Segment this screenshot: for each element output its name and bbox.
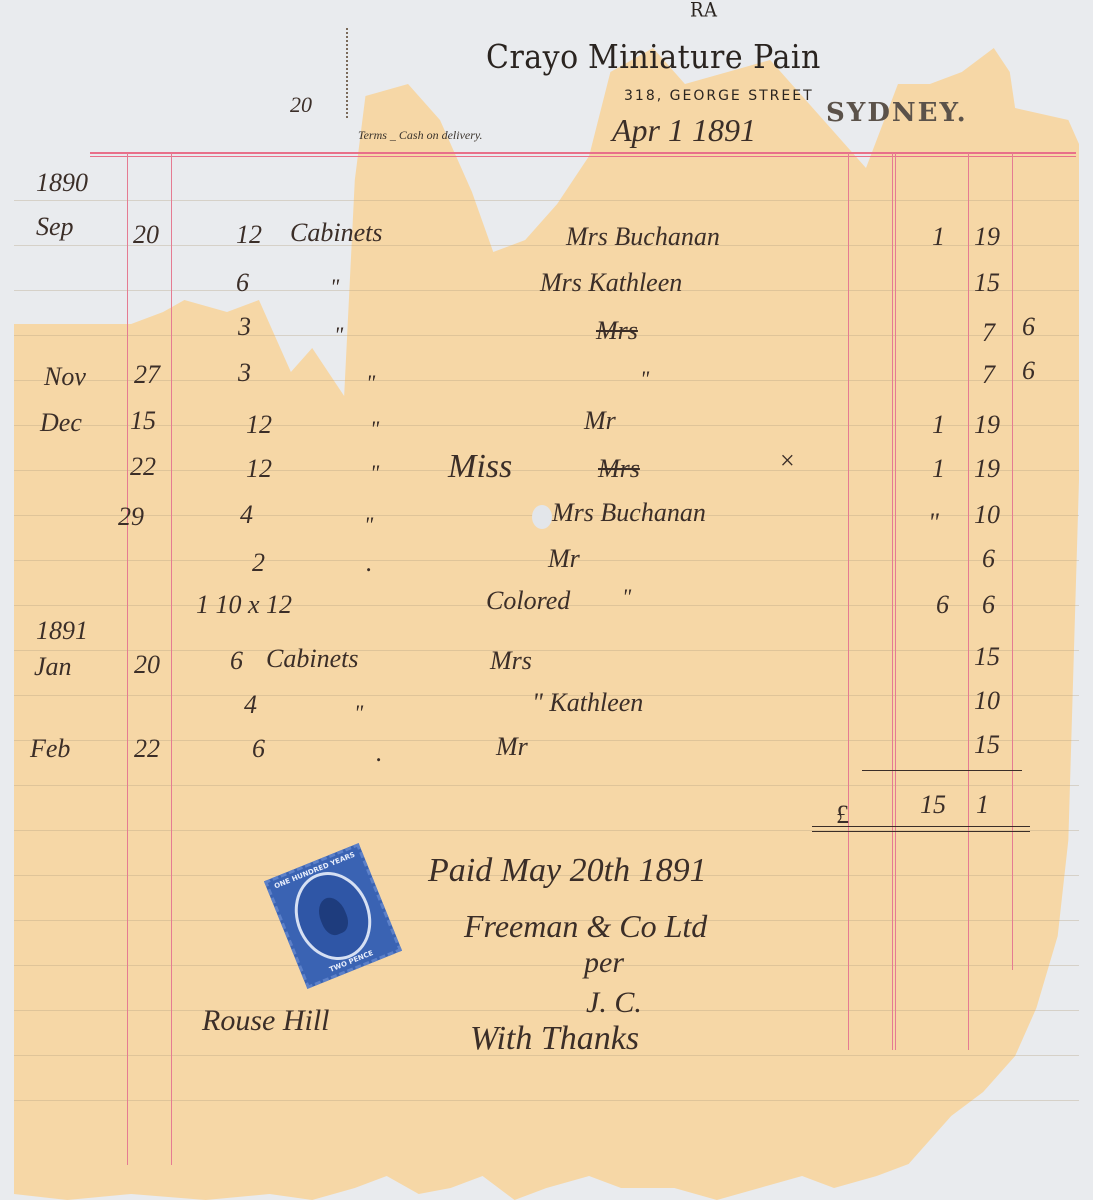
ledger-customer: " (622, 584, 631, 610)
letterhead-title-left: Crayo (486, 38, 579, 77)
ledger-shillings: 7 (982, 360, 995, 390)
ledger-pence: 6 (982, 590, 995, 620)
header-double-rule-2 (90, 156, 1076, 157)
ledger-day: 20 (134, 650, 160, 680)
ledger-shillings: 6 (982, 544, 995, 574)
ledger-month: Sep (36, 212, 74, 242)
ledger-qty: 3 (238, 358, 251, 388)
ledger-day: 15 (130, 406, 156, 436)
header-double-rule (90, 152, 1076, 154)
ledger-day: 20 (133, 220, 159, 250)
margin-note: 20 (290, 92, 312, 118)
ledger-month: Jan (34, 652, 72, 682)
ledger-shillings: 7 (982, 318, 995, 348)
ledger-item: Colored (486, 586, 570, 616)
ledger-qty: 6 (236, 268, 249, 298)
payment-terms: Terms _ Cash on delivery. (358, 128, 483, 143)
total-shillings: 1 (976, 790, 989, 820)
ledger-shillings: 10 (974, 500, 1000, 530)
ledger-shillings: 15 (974, 642, 1000, 672)
ledger-item: . (376, 738, 383, 768)
receipt-per: per (584, 946, 624, 980)
ledger-item: . (366, 548, 373, 578)
ledger-pounds: " (928, 508, 939, 538)
ledger-qty: 3 (238, 312, 251, 342)
ledger-day: 22 (130, 452, 156, 482)
perforation-line (346, 28, 348, 118)
ledger-customer-struck: Mrs (596, 316, 638, 346)
ledger-qty: 12 (246, 410, 272, 440)
letterhead-fragment: RA (690, 0, 718, 22)
ledger-item: " (366, 370, 375, 396)
ledger-customer: Mr (496, 732, 528, 762)
ledger-customer: Mr (584, 406, 616, 436)
letterhead-city: SYDNEY. (826, 98, 968, 128)
receipt-initials: J. C. (586, 986, 642, 1020)
receipt-thanks: With Thanks (470, 1020, 639, 1058)
pounds-column-rule-left (848, 153, 849, 1050)
receipt-company: Freeman & Co Ltd (464, 908, 707, 945)
ledger-qty: 4 (244, 690, 257, 720)
ledger-item: Cabinets (266, 644, 358, 674)
ledger-customer: Mrs (490, 646, 532, 676)
ledger-shillings: 6 (936, 590, 949, 620)
ledger-pounds: 1 (932, 454, 945, 484)
emu-icon (314, 894, 352, 939)
ledger-day: 29 (118, 502, 144, 532)
ledger-item: Cabinets (290, 218, 382, 248)
ledger-month: Feb (30, 734, 70, 764)
ledger-customer: Mrs Kathleen (540, 268, 682, 298)
ledger-customer: " Kathleen (532, 688, 643, 718)
ledger-qty: 6 (252, 734, 265, 764)
ledger-month: Dec (40, 408, 82, 438)
ledger-shillings: 15 (974, 268, 1000, 298)
ledger-item: " (334, 322, 343, 348)
ledger-customer: Mr (548, 544, 580, 574)
month-column-rule (127, 153, 128, 1165)
ledger-qty: 2 (252, 548, 265, 578)
ledger-item: " (364, 512, 373, 538)
ledger-item: " (330, 274, 339, 300)
paper-hole (532, 505, 552, 529)
ledger-pence: 6 (1022, 356, 1035, 386)
ledger-day: 27 (134, 360, 160, 390)
ledger-qty: 12 (236, 220, 262, 250)
ledger-qty: 4 (240, 500, 253, 530)
invoice-date: Apr 1 1891 (612, 112, 756, 149)
ledger-pounds: 1 (932, 222, 945, 252)
ledger-year: 1891 (36, 616, 88, 646)
letterhead-title-right: Miniature Pain (588, 38, 821, 77)
ledger-item: " (370, 416, 379, 442)
ledger-shillings: 10 (974, 686, 1000, 716)
ledger-customer-struck: Mrs (598, 454, 640, 484)
ledger-mark: × (780, 446, 795, 476)
ledger-qty: 6 (230, 646, 243, 676)
ledger-shillings: 19 (974, 454, 1000, 484)
ledger-item: " (354, 700, 363, 726)
ledger-year: 1890 (36, 168, 88, 198)
total-double-line (812, 826, 1030, 832)
pounds-column-rule-right-a (892, 153, 893, 1050)
ledger-pence: 6 (1022, 312, 1035, 342)
ledger-day: 22 (134, 734, 160, 764)
pence-column-rule (1012, 153, 1013, 970)
ledger-qty: 12 (246, 454, 272, 484)
ledger-customer: Mrs Buchanan (566, 222, 720, 252)
receipt-paid-line: Paid May 20th 1891 (428, 852, 707, 890)
ledger-customer: " (640, 366, 649, 392)
shillings-column-rule (968, 153, 969, 1050)
location-note: Rouse Hill (202, 1004, 330, 1038)
ledger-item: " (370, 460, 379, 486)
pounds-column-rule-right-b (895, 153, 896, 1050)
ledger-shillings: 15 (974, 730, 1000, 760)
ledger-shillings: 19 (974, 222, 1000, 252)
total-pounds: 15 (920, 790, 946, 820)
ledger-pounds: 1 (932, 410, 945, 440)
ledger-month: Nov (44, 362, 86, 392)
day-column-rule (171, 153, 172, 1165)
letterhead-address: 318, GEORGE STREET (624, 88, 814, 104)
ledger-shillings: 19 (974, 410, 1000, 440)
ledger-customer: Mrs Buchanan (552, 498, 706, 528)
ledger-qty: 1 10 x 12 (196, 590, 292, 620)
ledger-note: Miss (448, 448, 512, 486)
total-sum-line (862, 770, 1022, 771)
